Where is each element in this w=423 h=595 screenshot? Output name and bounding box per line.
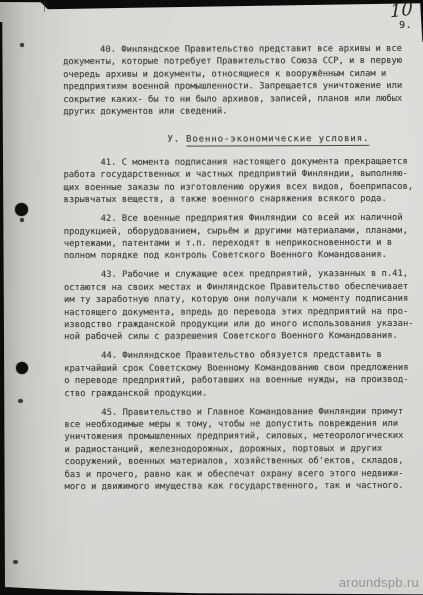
text-line: 42. Все военные предприятия Финляндии со… xyxy=(64,212,414,226)
page-seam-line xyxy=(44,1,45,12)
paragraph-43: 43. Рабочие и служащие всех предприятий,… xyxy=(64,268,414,344)
text-line: 41. С момента подписания настоящего доку… xyxy=(63,156,413,170)
text-line: кратчайший срок Советскому Военному Кома… xyxy=(64,362,414,376)
section-title: Военно-экономические условия. xyxy=(186,133,369,146)
text-line: других документов или сведений. xyxy=(63,105,413,119)
ink-speck xyxy=(20,218,24,222)
text-line: 45. Правительство и Главное Командование… xyxy=(64,405,414,419)
ink-speck xyxy=(20,43,24,47)
text-line: взрывчатых веществ, а также военного сна… xyxy=(64,193,414,207)
paragraph-45: 45. Правительство и Главное Командование… xyxy=(64,405,414,493)
text-line: полном порядке под контроль Советского В… xyxy=(64,249,414,263)
text-line: чертежами, патентами и т.п. переходят в … xyxy=(64,237,414,251)
section-numeral: У. xyxy=(167,134,180,144)
paragraph-41: 41. С момента подписания настоящего доку… xyxy=(63,156,413,207)
scanned-document-page: 10 9. 40. Финляндское Правительство пред… xyxy=(0,0,423,595)
text-line: предприятиям военной промышленности. Зап… xyxy=(63,80,413,94)
paragraph-42: 42. Все военные предприятия Финляндии со… xyxy=(64,212,414,263)
text-line: продукцией, оборудованием, сырьём и друг… xyxy=(64,224,414,238)
text-line: о переводе предприятий, работавших на во… xyxy=(64,374,414,388)
ink-speck xyxy=(18,399,23,403)
text-line: изводство гражданской продукции или до и… xyxy=(64,318,414,332)
ink-speck xyxy=(13,560,18,564)
paragraph-40: 40. Финляндское Правительство представит… xyxy=(63,43,413,119)
punch-hole-mark xyxy=(15,203,28,216)
text-line: 40. Финляндское Правительство представит… xyxy=(63,43,413,57)
text-line: баз и прочего, равно как и обеспечат охр… xyxy=(64,467,414,481)
text-line: мого и движимого имущества как государст… xyxy=(65,480,415,494)
text-line: ство гражданской продукции. xyxy=(64,386,414,400)
text-line: и радиостанций, железнодорожных, дорожны… xyxy=(64,443,414,457)
punch-hole-mark xyxy=(16,362,28,374)
text-line: документы, которые потребует Правительст… xyxy=(63,55,413,69)
typewritten-text-block: 40. Финляндское Правительство представит… xyxy=(63,43,415,500)
paragraph-44: 44. Финляндское Правительство обязуется … xyxy=(64,349,414,400)
watermark: aroundspb.ru xyxy=(339,575,419,590)
text-line: настоящего документа, впредь до перевода… xyxy=(64,305,414,319)
text-line: остаются на своих местах и Финляндское П… xyxy=(64,281,414,295)
section-heading: У.Военно-экономические условия. xyxy=(167,132,413,145)
text-line: им ту заработную плату, которую они полу… xyxy=(64,293,414,307)
text-line: 43. Рабочие и служащие всех предприятий,… xyxy=(64,268,414,282)
text-line: щих военные заказы по изготовлению оружи… xyxy=(63,181,413,195)
text-line: все необходимые меры к тому, чтобы не до… xyxy=(64,418,414,432)
text-line: очередь архивы и документы, относящиеся … xyxy=(63,68,413,82)
text-line: 44. Финляндское Правительство обязуется … xyxy=(64,349,414,363)
typed-page-number: 9. xyxy=(399,20,412,31)
text-line: ной рабочей силы с разрешения Советского… xyxy=(64,330,414,344)
text-line: работа государственных и частных предпри… xyxy=(63,168,413,182)
text-line: уничтожения промышленных предприятий, си… xyxy=(64,430,414,444)
text-line: сооружений, военных материалов, хозяйств… xyxy=(64,455,414,469)
text-line: сокрытие каких- бы то ни было архивов, з… xyxy=(63,92,413,106)
